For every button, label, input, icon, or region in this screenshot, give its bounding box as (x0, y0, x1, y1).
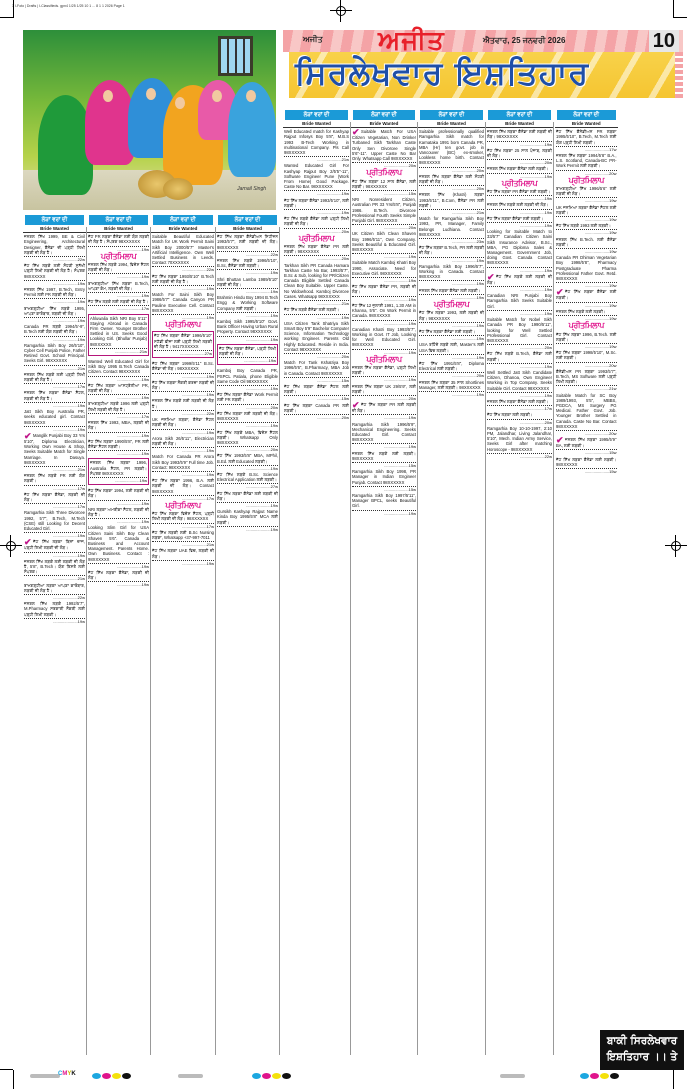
ad-text: ਜਨਰਲ ਸਿੱਖ ਲੜਕੇ ਲਈ ਪੜ੍ਹੀ ਲਿਖੀ ਲੜਕੀ ਦੀ ਲੋੜ… (24, 372, 85, 382)
ad-code: ......................22w (487, 453, 552, 459)
ad-text: ਜਨਰਲ ਸਿੱਖ ਲੜਕੇ PR ਲਈ ਯੋਗ ਲੜਕੀ। (24, 473, 85, 483)
ad-text: Suitable Match Kamboj Khatri Boy 1990, A… (352, 260, 416, 275)
classified-ad: Brahmin Hindu Boy 1994 B.Tech Engg & Wor… (216, 294, 279, 318)
ad-text: UK ਜਨਮਿਆ ਲੜਕਾ, ਕੈਨੇਡਾ ਸੈਟਲ ਲੜਕੀ ਦੀ ਲੋੜ। (152, 417, 214, 427)
ad-text: ਜੱਟ ਸਿੱਖ ਲੜਕੇ ਕੈਨੇਡਾ ਲਈ ਪੜ੍ਹੀ ਲਿਖੀ ਲੜਕੀ … (284, 216, 349, 226)
classified-ad: ਜੱਟ ਸਿੱਖ ਲੜਕਾ 1998/5'10", M.Sc. ਲਈ ਲੜਕੀ।… (555, 349, 618, 368)
ad-text: ਜਨਰਲ ਸਿੱਖ 1997, B.Tech, Entry Permit ਲਈ … (24, 287, 85, 297)
classified-column: ਲੋੜਾਂ ਵਰਾਂ ਦੀBride WantedSuitable Beauti… (151, 215, 215, 1055)
classified-ad: ਜਨਰਲ ਸਿੱਖ ਲੜਕੇ ਲਈ ਲੜਕੀ ਦੀ ਲੋੜ।..........… (486, 201, 553, 214)
classified-ad: ਜੱਟ ਸਿੱਖ ਲੜਕੇ 1993 ਲਈ ਲੜਕੀ।.............… (555, 222, 618, 235)
crop-mark (673, 1070, 674, 1089)
classified-ad: ✔ਜਨਰਲ ਸਿੱਖ ਲੜਕਾ 1995/5'9" BA, ਲਈ ਲੜਕੀ।..… (555, 436, 618, 455)
classified-ad: ਜਨਰਲ ਸਿੱਖ ਲੜਕਾ ਕੈਨੇਡਾ ਲਈ ਲੜਕੀ ਦੀ ਲੋੜ। 98… (486, 128, 553, 147)
ad-code: ......................19w (152, 560, 214, 566)
classified-ad: ਜਨਰਲ ਸਿੱਖ (Khatri) ਲੜਕਾ 1993/5'11", B.Co… (418, 191, 485, 215)
classified-ad: ਜੱਟ ਸਿੱਖ ਲੜਕਾ ਕੈਨੇਡਾ PR, ਲੜਕੀ ਦੀ ਲੋੜ।...… (351, 283, 417, 302)
ad-text: ਜੱਟ ਸਿੱਖ ਲੜਕਾ UAE ਵਿਚ, ਲੜਕੀ ਦੀ ਲੋੜ। (152, 548, 214, 558)
classified-column: ਲੋੜਾਂ ਵਰਾਂ ਦੀBride Wantedਜੱਟ PR ਲੜਕਾ ਕੈਨ… (87, 215, 150, 1055)
classified-ad: ਜੱਟ ਸਿੱਖ ਲੜਕਾ 1994, ਲਈ ਲੜਕੀ ਦੀ ਲੋੜ।.....… (87, 487, 150, 506)
classified-ad: USA Citizen Tank Shatriya Sikh Smart Boy… (283, 320, 350, 359)
ad-text: Match for Ramgarhia Sikh Boy 1993, PR, M… (419, 216, 484, 237)
section-header: ਲੋੜਾਂ ਵਰਾਂ ਦੀ (25, 215, 84, 225)
ad-text: ਜਨਰਲ ਸਿੱਖ ਲੜਕੇ ਲਈ ਲੜਕੀ। (556, 309, 606, 314)
cyan-swatch (580, 1073, 589, 1079)
ad-text: Manglik Punjabi Boy 33 Yrs 5'10", Diplom… (24, 433, 85, 465)
ad-text: ਜੱਟ ਸਿੱਖ ਲੜਕਾ ਕੈਨੇਡੀਅਨ ਸਿਟੀਜ਼ਨ 1993/5'7"… (217, 234, 278, 249)
print-slug: 3 I-Foto | Drafts | I-Classifieds. gpn4 … (12, 4, 125, 8)
classified-ad: Suitable Match Kamboj Khatri Boy 1990, A… (351, 259, 417, 283)
classified-ad: ਜਨਰਲ ਸਿੱਖ ਲੜਕੇ ਲਈ ਲੜਕੀ।.................… (555, 308, 618, 321)
ad-text: ਜਨਰਲ ਸਿੱਖ ਲੜਕਾ ਕੈਨੇਡਾ ਲਈ ਲੜਕੀ। (487, 399, 549, 404)
classified-column: ਲੋੜਾਂ ਵਰਾਂ ਦੀBride Wantedਜੱਟ ਸਿੱਖ ਲੜਕਾ ਕ… (216, 215, 279, 1055)
classified-ad: ਜੱਟ ਸਿੱਖ ਲੜਕੇ MBA, ਵਿਦੇਸ਼ ਸੈਟਲ ਲੜਕੀ। Wha… (216, 429, 279, 453)
black-swatch (282, 1073, 291, 1079)
ad-text: Match For Saini Sikh Boy 1986/5'7" Canad… (152, 292, 214, 313)
classified-ad: ਜੱਟ ਸਿੱਖ ਲੜਕਾ ਕੈਨੇਡਾ 1996/5'10" ਸਟੱਡੀ ਵੀ… (152, 331, 214, 358)
ad-text: ਜੱਟ ਸਿੱਖ ਲੜਕਾ ਕੈਨੇਡਾ ਲਈ ਲੜਕੀ। 98XXXXXX (556, 457, 617, 467)
crop-mark (13, 0, 14, 18)
ad-text: Arora Sikh 26/5'11", Electrician ਲੜਕੀ ਦੀ… (152, 436, 214, 446)
ad-text: ਜੱਟ ਸਿੱਖ ਲੜਕੇ B.Sc. Science Electrical A… (217, 472, 278, 482)
classified-ad: ਜੱਟ ਸਿੱਖ ਲੜਕਾ 12 ਸਾਲ ਕੈਨੇਡਾ, ਲਈ ਲੜਕੀ। 98… (351, 178, 417, 197)
ad-text: ਜਨਰਲ ਸਿੱਖ ਲੜਕੇ ਲਈ ਲੜਕੀ ਦੀ ਲੋੜ। (487, 202, 549, 207)
ad-text: Canada PR Dhiman Vegetarian Boy 1998/5'8… (556, 255, 617, 281)
ad-text: Gursikh Kashyap Rajput Name Kinda Boy 19… (217, 509, 278, 524)
classified-ad: ਜਨਰਲ ਸਿੱਖ B.Tech. ਲਈ ਕੈਨੇਡਾ ਲੜਕੀ।.......… (555, 236, 618, 255)
classified-ad: Tarkhan Sikh PR Canada Hamara Tarkhan Ca… (283, 262, 350, 307)
ad-text: Ramgarhia Sikh 1996/5'9", Mechanical Eng… (352, 422, 416, 443)
window-illustration (218, 36, 253, 76)
ad-code: ......................19w (219, 357, 276, 363)
ad-text: ਜੱਟ ਸਿੱਖ ਲੜਕਾ ਕੈਨੇਡਾ 1996/5'10" ਸਟੱਡੀ ਵੀ… (154, 333, 212, 348)
section-header: ਲੋੜਾਂ ਵਰਾਂ ਦੀ (285, 110, 348, 120)
ad-text: Brahmin Hindu Boy 1994 B.Tech Engg & Wor… (217, 295, 278, 310)
ad-text: ਜੱਟ ਸਿੱਖ ਲੜਕਾ ਕੈਨੇਡਾ ਲਈ ਲੜਕੀ। (419, 329, 475, 334)
classified-ad: ਜਨਰਲ ਸਿੱਖ ਲੜਕੇ 1994, ਵਿਦੇਸ਼ ਸੈਟਲ ਲੜਕੀ ਦੀ… (87, 261, 150, 280)
ad-text: ਜੱਟ ਸਿੱਖ ਲੜਕਾ ਨੌਕਰੀ ਕਰਦਾ ਲੜਕੀ ਦੀ ਲੋੜ। (152, 380, 214, 390)
classified-ad: ਜੱਟ ਸਿੱਖ ਲੜਕਾ Canada PR ਲਈ ਲੜਕੀ।........… (283, 402, 350, 421)
classified-ad: Ahluwalia Sikh NRI Boy 5'11" Staying Abr… (88, 314, 149, 356)
column-rule (553, 122, 554, 1055)
classified-ad: USA ਰਹਿੰਦੇ ਲੜਕੇ ਲਈ, Master's ਲਈ USA ਵਿਚ … (418, 341, 485, 360)
classified-ad: Ramgarhia Sikh Boy 26/5'10", Cyber Cell … (23, 342, 86, 371)
classified-ad: ਜੱਟ ਸਿੱਖ ਲੜਕਾ ਵਿਦੇਸ਼ ਸੈਟਲ, ਪੜ੍ਹੀ ਲਿਖੀ ਲੜ… (151, 510, 215, 529)
classified-ad: ✔ਜੱਟ ਸਿੱਖ ਲੜਕੇ ਲਈ ਲੜਕੀ ਦੀ ਲੋੜ।..........… (486, 273, 553, 292)
ad-text: ਜਨਰਲ ਸਿੱਖ ਲੜਕੇ ਲਈ ਲੜਕੀ ਦੀ ਲੋੜ ਹੈ, 5'8", … (24, 559, 85, 574)
ad-text: ਜਨਰਲ ਸਿੱਖ ਲੜਕੇ 1992/5'7", M.Pharmacy ਸਰਕ… (24, 601, 85, 616)
ad-code: ......................15w (556, 468, 617, 474)
classified-ad: ਕੈਨੇਡੀਅਨ PR ਲੜਕਾ 1993/5'7", B.Tech, MS S… (555, 368, 618, 392)
edge-strip (675, 52, 683, 98)
classified-ad: Suitable professionally qualified Ramgar… (418, 128, 485, 173)
classified-ad: ਜਨਰਲ ਸਿੱਖ ਲੜਕੇ ਲਈ ਲੜਕੀ ਦੀ ਲੋੜ ਹੈ।.......… (151, 397, 215, 416)
ad-text: ਰਾਮਗੜ੍ਹੀਆ ਸਿੱਖ ਲੜਕੇ 1995, ਆਪਣਾ ਕਾਰੋਬਾਰ, … (24, 306, 85, 316)
section-header: ਲੋੜਾਂ ਵਰਾਂ ਦੀ (89, 215, 148, 225)
ad-text: ਰਾਮਗੜ੍ਹੀਆ ਲੜਕਾ ਆਪਣਾ ਕਾਰੋਬਾਰ, ਲੜਕੀ ਦੀ ਲੋੜ… (24, 583, 85, 593)
ad-text: ਜੱਟ ਸਿੱਖ ਲੜਕਾ 1996, B.Tech. ਲਈ ਲੜਕੀ। (556, 332, 617, 342)
classified-ad: ✔ਜੱਟ ਸਿੱਖ ਲੜਕਾ PR ਲਈ ਲੜਕੀ ਦੀ ਲੋੜ।.......… (351, 401, 417, 420)
ad-text: ਜੱਟ ਸਿੱਖ ਲੜਕਾ ਕੈਨੇਡਾ 1993/5'10", ਲਈ ਲੜਕੀ… (284, 198, 349, 208)
classified-ad: ਜੱਟ ਸਿੱਖ 1991/5'8", Diploma Electrical ਲ… (418, 360, 485, 379)
ad-text: ਜੱਟ ਸਿੱਖ ਲੜਕਾ Canada PR ਲਈ ਲੜਕੀ। (284, 403, 349, 413)
ad-text: ਜੱਟ ਸਿੱਖ 1991/5'8", Diploma Electrical ਲ… (419, 361, 484, 371)
classified-ad: Canada PR Dhiman Vegetarian Boy 1998/5'8… (555, 254, 618, 288)
ad-text: ਜਨਰਲ ਸਿੱਖ ਲੜਕਾ ਕੈਨੇਡਾ ਸੈਟਲ, ਲੜਕੀ ਦੀ ਲੋੜ … (24, 390, 85, 400)
ad-text: ਜੱਟ ਸਿੱਖ ਲੜਕਾ PR ਕੈਨੇਡਾ ਲਈ ਲੜਕੀ। (487, 189, 550, 194)
ad-text: ਜੱਟ ਸਿੱਖ ਲੜਕਾ ਲਈ ਲੜਕੀ ਦੀ ਲੋੜ। 98XXXXXX (217, 411, 278, 421)
color-swatches (580, 1073, 619, 1079)
classified-ad: ਜੱਟ ਸਿੱਖ 12 ਜੁਲਾਈ 1991, 1.30 AM in Khann… (351, 302, 417, 326)
section-header: ਲੋੜਾਂ ਵਰਾਂ ਦੀ (153, 215, 213, 225)
ad-text: UK Citizen Sikh Clean Shaven Boy 1996/5'… (352, 231, 416, 252)
matrimonial-logo: ਪ੍ਰੀਤਮਿਲਾਪ (151, 320, 215, 329)
ad-text: ਜੱਟ ਸਿੱਖ ਲੜਕਾ ਕੈਨੇਡਾ Work Permit ਲਈ PR ਲ… (217, 392, 278, 402)
ad-text: ਜਨਰਲ ਸਿੱਖ ਲੜਕਾ UK 29/5'9", ਲਈ ਲੜਕੀ। (352, 384, 416, 394)
ad-text: Ramgarhia Sikh Boy 1996/5'7", Working in… (419, 264, 484, 279)
section-subheader: Bride Wanted (351, 121, 417, 128)
ad-text: Well Educated match for Kashyap Rajput I… (284, 129, 349, 155)
classified-ad: NRI ਲੜਕਾ ਅਮਰੀਕਾ ਸੈਟਲ, ਲੜਕੀ ਦੀ ਲੋੜ ਹੈ।...… (87, 506, 150, 525)
ad-text: Jatt Sikh Boy Australia PR, seeks educat… (24, 409, 85, 424)
classified-ad: Shri Bhuttan Lamba 1989/5'10" ਲੜਕੀ ਦੀ ਲੋ… (216, 276, 279, 295)
ad-text: ਜਨਰਲ ਸਿੱਖ ਲੜਕਾ ਕੈਨੇਡਾ ਲਈ ਸੋਹਣੀ ਲੜਕੀ ਦੀ ਲ… (419, 174, 484, 184)
classified-ad: Match For Canada PR Arora Sikh Boy 1993/… (151, 453, 215, 477)
classified-ad: ਜਨਰਲ ਸਿੱਖ ਲੜਕੇ 1992/5'7", M.Pharmacy ਸਰਕ… (23, 600, 86, 624)
classified-ad: ਜੱਟ ਸਿੱਖ ਲੜਕਾ ਕੈਨੇਡਾ ਲਈ ਲੜਕੀ। 98XXXXXX..… (555, 456, 618, 475)
classified-ad: ਜੱਟ ਸਿੱਖ ਲੜਕੀ ਲਈ B.Sc Nursing ਲੜਕਾ, What… (151, 529, 215, 548)
classified-ad: ✔Manglik Punjabi Boy 33 Yrs 5'10", Diplo… (23, 432, 86, 472)
figure-lightblue (228, 82, 276, 177)
ad-text: ਜੱਟ ਸਿੱਖ ਲੜਕੀ ਲਈ B.Sc Nursing ਲੜਕਾ, What… (152, 530, 214, 540)
classified-ad: ਜੱਟ ਸਿੱਖ ਲੜਕੇ B.Tech, ਕੈਨੇਡਾ ਲਈ ਲੜਕੀ।...… (486, 350, 553, 369)
ad-text: ਜਨਰਲ ਸਿੱਖ ਲੜਕਾ ਕੈਨੇਡਾ ਲਈ ਲੜਕੀ ਦੀ ਲੋੜ। 98… (487, 129, 552, 139)
section-header: ਲੋੜਾਂ ਵਰਾਂ ਦੀ (557, 110, 616, 120)
classified-ad: ਜਨਰਲ ਸਿੱਖ ਲੜਕਾ ਕੈਨੇਡਾ PR ਲਈ ਲੜਕੀ। 98XXXX… (283, 243, 350, 262)
classified-ad: NRI Nonresident Citizen, Australian PR 3… (351, 196, 417, 230)
classified-ad: ਜਨਰਲ ਸਿੱਖ ਲੜਕਾ UK 29/5'9", ਲਈ ਲੜਕੀ।.....… (351, 383, 417, 402)
section-subheader: Bride Wanted (23, 226, 86, 233)
ad-text: ਜਨਰਲ ਸਿੱਖ 1993, MBA, ਲੜਕੀ ਦੀ ਲੋੜ। (88, 420, 149, 430)
matrimonial-logo: ਪ੍ਰੀਤਮਿਲਾਪ (418, 300, 485, 309)
page-title: ਸਿਰਲੇਖਵਾਰ ਇਸ਼ਤਿਹਾਰ (295, 54, 589, 93)
classified-ad: ਜੱਟ ਸਿੱਖ ਲੜਕੇ ਲਈ ਲੜਕੀ ਦੀ ਲੋੜ ਹੈ।........… (87, 298, 150, 311)
yellow-swatch (272, 1073, 281, 1079)
matrimonial-logo: ਪ੍ਰੀਤਮਿਲਾਪ (555, 176, 618, 185)
ad-text: ਜੱਟ ਸਿੱਖ ਲੜਕਾ 1998/5'10", M.Sc. ਲਈ ਲੜਕੀ। (556, 350, 617, 360)
classified-ad: ਜਨਰਲ ਸਿੱਖ ਲੜਕੇ 1996/5'10", B.Sc, ਕੈਨੇਡਾ … (216, 257, 279, 276)
matrimonial-logo: ਪ੍ਰੀਤਮਿਲਾਪ (351, 355, 417, 364)
classified-ad: ਜੱਟ ਸਿੱਖ ਲੜਕਾ 1999/5'11" B.Sc. ਕੈਨੇਡਾ ਦੀ… (151, 360, 215, 379)
classified-ad: Kamboj Boy Canada PR, PSPCL Patiala, pho… (216, 367, 279, 391)
ad-text: ਜੱਟ ਸਿੱਖ ਲੜਕਾ ਕੈਨੇਡਾ PR, ਲੜਕੀ ਦੀ ਲੋੜ। (352, 284, 416, 294)
ad-text: ਜੱਟ ਸਿੱਖ ਲੜਕੇ ਲਈ ਸੋਹਣੀ ਸੁਨੱਖੀ ਪੜ੍ਹੀ ਲਿਖੀ… (24, 263, 85, 278)
ad-text: Suitable Match for SC Boy 1989/1993, 5'5… (556, 393, 617, 429)
classified-ad: Ramgarhia Boy 10-10-1997, 2:10 PM, Jalan… (486, 425, 553, 459)
ad-text: ਜੱਟ ਸਿੱਖ ਲੜਕਾ ਕੈਨੇਡਾ ਲਈ ਲੜਕੀ। (487, 216, 543, 221)
continued-line-2: ਇਸ਼ਤਿਹਾਰ ।। ਤੇ (600, 1049, 684, 1065)
column-rule (279, 227, 280, 1055)
matrimonial-logo: ਪ੍ਰੀਤਮਿਲਾਪ (351, 168, 417, 177)
feature-painting: Jarnail Singh (23, 30, 276, 210)
classified-ad: Canadian Khatri Boy 1993/5'7", Working i… (351, 326, 417, 355)
ad-text: ਜੱਟ ਸਿੱਖ ਲੜਕਾ B.Tech, PR ਲਈ ਲੜਕੀ ਦੀ ਲੋੜ। (419, 245, 484, 255)
classified-ad: Well Educated match for Kashyap Rajput I… (283, 128, 350, 162)
classified-ad: ✔Suitable Match For USA Citizen Vegetari… (351, 128, 417, 168)
ad-text: Well Settled Jatt Sikh Candidate Citizen… (487, 370, 552, 391)
ad-text: ਜੱਟ ਸਿੱਖ ਲੜਕਾ ਕੈਨੇਡਾ, ਪੜ੍ਹੀ ਲਿਖੀ ਲੜਕੀ ਦੀ… (219, 346, 276, 356)
ad-text: ਰਾਮਗੜ੍ਹੀਆ ਸਿੱਖ ਲੜਕਾ B.Tech, ਆਪਣਾ ਕੰਮ, ਲੜ… (88, 281, 149, 291)
ad-text: Canadian Khatri Boy 1993/5'7", Working i… (352, 327, 416, 348)
ad-code: ......................19w (352, 510, 416, 516)
classified-ad: UK ਜਨਮਿਆ ਲੜਕਾ ਕੈਨੇਡਾ ਸੈਟਲ ਲਈ ਲੜਕੀ।......… (555, 204, 618, 223)
section-header: ਲੋੜਾਂ ਵਰਾਂ ਦੀ (218, 215, 277, 225)
classified-ad: Gursikh Kashyap Rajput Name Kinda Boy 19… (216, 508, 279, 532)
grey-bar (500, 1074, 525, 1078)
classified-ad: ਰਾਮਗੜ੍ਹੀਆ ਸਿੱਖ 1996/5'6" ਲਈ ਲੜਕੀ ਦੀ ਲੋੜ।… (555, 185, 618, 204)
color-swatches (252, 1073, 291, 1079)
classified-ad: ਜਨਰਲ ਸਿੱਖ ਲੜਕਾ ਕੈਨੇਡਾ ਲਈ ਲੜਕੀ।..........… (486, 398, 553, 411)
ad-text: ਜੱਟ ਸਿੱਖ ਲੜਕੇ B.Tech, ਕੈਨੇਡਾ ਲਈ ਲੜਕੀ। (487, 351, 552, 361)
ad-code: ......................19w (217, 526, 278, 532)
painter-signature: Jarnail Singh (237, 186, 266, 192)
classified-ad: ਜੱਟ ਸਿੱਖ ਲੜਕਾ 25 ਸਾਲ ਪੰਜਾਬ, ਲੜਕੀ ਦੀ ਲੋੜ।… (486, 147, 553, 166)
crop-mark (674, 17, 687, 18)
ad-text: ਜੱਟ ਸਿੱਖ ਲੜਕਾ ਲਈ ਲੜਕੀ। (487, 412, 533, 417)
ad-text: ਜੱਟ ਸਿੱਖ ਲੜਕੇ ਲਈ ਲੜਕੀ ਦੀ ਲੋੜ ਹੈ। (88, 299, 148, 304)
continued-line-1: ਬਾਕੀ ਸਿਰਲੇਖਵਾਰ (600, 1033, 684, 1049)
classified-ad: ਜਨਰਲ ਸਿੱਖ ਲੜਕੇ PR ਲਈ ਯੋਗ ਲੜਕੀ।..........… (23, 472, 86, 491)
classified-ad: ਜੱਟ ਸਿੱਖ ਲੜਕਾ 1993/5'10" B.Tech ਲਈ ਲੜਕੀ … (151, 273, 215, 292)
ad-text: ਜੱਟ ਸਿੱਖ ਲੜਕਾ ਕੈਨੇਡਾ ਸੈਟਲ ਲਈ ਲੜਕੀ। (284, 384, 349, 394)
classified-ad: Suitable Beautiful Educated Match for UK… (151, 233, 215, 272)
magenta-swatch (262, 1073, 271, 1079)
classified-ad: ਜੱਟ ਸਿੱਖ ਲੜਕਾ ਕੈਨੇਡਾ ਲਈ ਲੜਕੀ।...........… (486, 215, 553, 228)
title-band: ਸਿਰਲੇਖਵਾਰ ਇਸ਼ਤਿਹਾਰ (289, 52, 675, 98)
classified-ad: ਰਾਮਗੜ੍ਹੀਆ ਸਿੱਖ ਲੜਕੇ 1995, ਆਪਣਾ ਕਾਰੋਬਾਰ, … (23, 305, 86, 324)
ad-text: Ramgarhia Sikh Three Divorcee 1992, 5'7"… (24, 510, 85, 531)
classified-ad: ਜਨਰਲ ਸਿੱਖ ਲੜਕੇ ਲਈ ਲੜਕੀ। 98XXXXXX........… (351, 450, 417, 469)
classified-column: ਲੋੜਾਂ ਵਰਾਂ ਦੀBride Wantedਜੱਟ ਸਿੱਖ ਕੈਨੇਡੀ… (555, 110, 683, 1025)
classified-ad: Looking Slim Girl for USA Citizen Saini … (87, 524, 150, 569)
ad-text: USA Citizen Tank Shatriya Sikh Smart Boy… (284, 321, 349, 352)
classified-column: ਲੋੜਾਂ ਵਰਾਂ ਦੀBride Wantedਜਨਰਲ ਸਿੱਖ 1999,… (23, 215, 86, 1055)
classified-ad: ਜੱਟ ਸਿੱਖ ਲੜਕੇ ਲਈ ਸੋਹਣੀ ਸੁਨੱਖੀ ਪੜ੍ਹੀ ਲਿਖੀ… (23, 262, 86, 286)
classified-ad: ਜਨਰਲ ਸਿੱਖ ਲੜਕਾ ਕੈਨੇਡਾ ਲਈ ਸੋਹਣੀ ਲੜਕੀ ਦੀ ਲ… (418, 173, 485, 192)
ad-text: ਜੱਟ ਸਿੱਖ ਲੜਕਾ ਕੈਨੇਡਾ, ਲੜਕੀ ਦੀ ਲੋੜ। (88, 570, 149, 580)
magenta-swatch (102, 1073, 111, 1079)
classified-ad: ਜੱਟ ਸਿੱਖ ਲੜਕੇ B.Sc. Science Electrical A… (216, 471, 279, 490)
crop-mark (0, 17, 13, 18)
section-header: ਲੋੜਾਂ ਵਰਾਂ ਦੀ (488, 110, 551, 120)
cyan-swatch (252, 1073, 261, 1079)
classified-ad: ਜੱਟ PR ਲੜਕਾ ਕੈਨੇਡਾ ਲਈ ਯੋਗ ਲੜਕੀ ਦੀ ਲੋੜ ਹੈ… (87, 233, 150, 252)
section-subheader: Bride Wanted (151, 226, 215, 233)
ad-text: ਜੱਟ ਸਿੱਖ ਲੜਕੇ 1993 ਲਈ ਲੜਕੀ। (556, 223, 611, 228)
ad-text: ਜਨਰਲ ਸਿੱਖ ਲੜਕਾ ਕੈਨੇਡਾ ਲਈ ਲੜਕੀ। (419, 288, 481, 293)
crop-mark (673, 0, 674, 18)
ad-text: Match For Canada PR Arora Sikh Boy 1993/… (152, 454, 214, 469)
ad-text: Looking for Suitable Match to 33/5'7" Ca… (487, 229, 552, 265)
classified-ad: ਰਾਮਗੜ੍ਹੀਆ ਲੜਕਾ ਆਪਣਾ ਕਾਰੋਬਾਰ, ਲੜਕੀ ਦੀ ਲੋੜ… (23, 582, 86, 601)
classified-ad: ਜੱਟ ਸਿੱਖ ਲੜਕੇ ਕੈਨੇਡਾ ਲਈ ਪੜ੍ਹੀ ਲਿਖੀ ਲੜਕੀ … (283, 215, 350, 234)
classified-ad: Suitable Match for SC Boy 1989/1993, 5'5… (555, 392, 618, 437)
classified-ad: ਜੱਟ ਸਿੱਖ ਲੜਕਾ ਕੈਨੇਡਾ, ਲੜਕੀ ਦੀ ਲੋੜ।......… (87, 569, 150, 588)
ad-text: ਜਨਰਲ ਸਿੱਖ ਲੜਕਾ ਕੈਨੇਡਾ PR ਲਈ ਲੜਕੀ। 98XXXX… (284, 244, 349, 254)
classified-ad: ਜਨਰਲ ਸਿੱਖ 1999, BE & Civil Engineering, … (23, 233, 86, 262)
ad-text: Ahluwalia Sikh NRI Boy 5'11" Staying Abr… (90, 316, 147, 347)
classified-ad: ਜੱਟ ਸਿੱਖ ਕੈਨੇਡੀਅਨ PR ਲੜਕਾ 1995/5'10", B.… (555, 128, 618, 152)
classified-ad: ਜਨਰਲ ਸਿੱਖ 1993, MBA, ਲੜਕੀ ਦੀ ਲੋੜ।.......… (87, 419, 150, 438)
ad-text: ਜਨਰਲ ਸਿੱਖ ਲੜਕਾ 1995/5'9" BA, ਲਈ ਲੜਕੀ। (556, 437, 617, 448)
ad-code: ......................17w (88, 305, 149, 311)
ad-text: Looking Slim Girl for USA Citizen Saini … (88, 525, 149, 561)
section-header: ਲੋੜਾਂ ਵਰਾਂ ਦੀ (353, 110, 415, 120)
ad-text: ਜੱਟ ਸਿੱਖ ਲੜਕਾ ਕੈਨੇਡਾ, ਲੜਕੀ ਦੀ ਲੋੜ। (24, 492, 85, 502)
ad-text: NRI Nonresident Citizen, Australian PR 3… (352, 197, 416, 223)
ad-text: Match For Tank Kshatriya Boy 1996/5'6", … (284, 360, 349, 375)
classified-ad: UK ਜਨਮਿਆ ਲੜਕਾ, ਕੈਨੇਡਾ ਸੈਟਲ ਲੜਕੀ ਦੀ ਲੋੜ।.… (151, 416, 215, 435)
masthead: ਅਜੀਤ ਅਜੀਤ ਐਤਵਾਰ, 25 ਜਨਵਰੀ 2026 10 ਸਿਰਲੇਖ… (283, 28, 683, 102)
grey-bar (30, 1074, 60, 1078)
classified-ad: Arora Sikh 26/5'11", Electrician ਲੜਕੀ ਦੀ… (151, 435, 215, 454)
classified-ad: ਜਨਰਲ ਸਿੱਖ ਲੜਕਾ ਕੈਨੇਡਾ ਸੈਟਲ, ਲੜਕੀ ਦੀ ਲੋੜ … (23, 389, 86, 408)
ad-text: ਜੱਟ ਸਿੱਖ 12 ਜੁਲਾਈ 1991, 1.30 AM in Khann… (352, 303, 416, 318)
classified-ad: ਜਨਰਲ ਸਿੱਖ ਲੜਕਾ 1996, Australia ਸੈਟਲ, PR … (88, 458, 149, 485)
ad-text: Ramgarhia Sikh Boy 1997/5'11", Manager B… (352, 493, 416, 508)
classified-ad: ✔ਜੱਟ ਸਿੱਖ ਲੜਕਾ ਬਿਨਾਂ ਦਾਜ, ਪੜ੍ਹੀ ਲਿਖੀ ਲੜਕ… (23, 538, 86, 557)
ad-text: Kamboj Boy Canada PR, PSPCL Patiala, pho… (217, 368, 278, 383)
ad-text: Shri Bhuttan Lamba 1989/5'10" ਲੜਕੀ ਦੀ ਲੋ… (217, 277, 278, 287)
classified-ad: Wanted Educated Girl For Kashyap Rajput … (283, 162, 350, 196)
ad-text: ਜੱਟ PR ਲੜਕਾ ਕੈਨੇਡਾ ਲਈ ਯੋਗ ਲੜਕੀ ਦੀ ਲੋੜ ਹੈ… (88, 234, 149, 244)
section-subheader: Bride Wanted (87, 226, 150, 233)
classified-ad: ਜੱਟ ਸਿੱਖ ਲੜਕਾ ਲਈ ਲੜਕੀ।..................… (486, 411, 553, 424)
section-header: ਲੋੜਾਂ ਵਰਾਂ ਦੀ (420, 110, 483, 120)
classified-ad: Ramgarhia Sikh 1996/5'9", Mechanical Eng… (351, 421, 417, 450)
basket (163, 178, 193, 200)
classified-ad: ਜਨਰਲ ਸਿੱਖ ਲੜਕਾ ਕੈਨੇਡਾ ਲਈ ਲੜਕੀ।..........… (418, 287, 485, 300)
classified-ad: ਜਨਰਲ ਸਿੱਖ 1997, B.Tech, Entry Permit ਲਈ … (23, 286, 86, 305)
ad-text: ਜੱਟ ਸਿੱਖ ਲੜਕਾ 1999/5'11" B.Sc. ਕੈਨੇਡਾ ਦੀ… (152, 361, 214, 371)
ad-text: ਜੱਟ ਸਿੱਖ ਲੜਕਾ 12 ਸਾਲ ਕੈਨੇਡਾ, ਲਈ ਲੜਕੀ। 98… (352, 179, 416, 189)
classified-ad: Ramgarhia Sikh Three Divorcee 1992, 5'7"… (23, 509, 86, 538)
ad-text: ਕੈਨੇਡੀਅਨ PR ਲੜਕਾ 1993/5'7", B.Tech, MS S… (556, 369, 617, 384)
ad-text: Tarkhan Sikh PR Canada Hamara Tarkhan Ca… (284, 263, 349, 299)
ad-text: ਜੱਟ ਸਿੱਖ ਲੜਕਾ ਆਸਟ੍ਰੇਲੀਆ PR, ਲੜਕੀ ਦੀ ਲੋੜ। (88, 383, 149, 393)
ad-text: ਜਨਰਲ ਸਿੱਖ ਲੜਕਾ ਕੈਨੇਡਾ ਲਈ ਲੜਕੀ। (487, 166, 549, 171)
ad-text: USA ਰਹਿੰਦੇ ਲੜਕੇ ਲਈ, Master's ਲਈ USA ਵਿਚ … (419, 342, 484, 352)
classified-ad: Jatt Sikh Boy Australia PR, seeks educat… (23, 408, 86, 432)
ad-text: ਜੱਟ ਸਿੱਖ ਲੜਕਾ 1994, ਲਈ ਲੜਕੀ ਦੀ ਲੋੜ। (88, 488, 149, 498)
ad-text: ਜੱਟ ਸਿੱਖ ਲੜਕਾ 1996, B.A. ਲਈ ਲੜਕੀ ਦੀ ਲੋੜ।… (152, 478, 214, 493)
classified-ad: Suitable Match for Nobel Sikh Canada PR … (486, 316, 553, 350)
magenta-swatch (590, 1073, 599, 1079)
classified-ad: ਜਨਰਲ ਸਿੱਖ ਲੜਕਾ 35 ਸਾਲ Shortlines Manager… (418, 379, 485, 398)
ad-text: Suitable professionally qualified Ramgar… (419, 129, 484, 165)
ad-text: Suitable Match for Nobel Sikh Canada PR … (487, 317, 552, 343)
ad-text: ਜੱਟ ਸਿੱਖ ਲੜਕਾ ਕੈਨੇਡਾ ਲਈ ਲੜਕੀ ਦੀ ਲੋੜ। (217, 491, 278, 501)
ad-text: ਜਨਰਲ ਸਿੱਖ B.Tech. ਲਈ ਕੈਨੇਡਾ ਲੜਕੀ। (556, 237, 617, 247)
matrimonial-logo: ਪ੍ਰੀਤਮਿਲਾਪ (486, 179, 553, 188)
ad-text: ਜੱਟ ਸਿੱਖ ਲੜਕਾ 1990/5'8", PR ਲਈ ਕੈਨੇਡਾ ਸੈ… (88, 439, 149, 449)
registration-mark-icon (330, 0, 352, 22)
classified-ad: ਜਨਰਲ ਸਿੱਖ ਲੜਕਾ 1994/5'8" B.A., L.S. Scot… (555, 152, 618, 176)
ad-text: NRI ਲੜਕਾ ਅਮਰੀਕਾ ਸੈਟਲ, ਲੜਕੀ ਦੀ ਲੋੜ ਹੈ। (88, 507, 149, 517)
ad-text: Wanted Well Educated Girl for Sikh Boy 1… (88, 359, 149, 374)
color-swatches (92, 1073, 131, 1079)
classified-ad: Ramgarhia Sikh Boy 1998, PR Manager in I… (351, 468, 417, 492)
ad-text: ਜਨਰਲ ਸਿੱਖ 1999, BE & Civil Engineering, … (24, 234, 85, 255)
classified-ad: ਜੱਟ ਸਿੱਖ ਲੜਕਾ ਆਸਟ੍ਰੇਲੀਆ PR, ਲੜਕੀ ਦੀ ਲੋੜ।… (87, 382, 150, 401)
ad-text: UK ਜਨਮਿਆ ਲੜਕਾ ਕੈਨੇਡਾ ਸੈਟਲ ਲਈ ਲੜਕੀ। (556, 205, 617, 215)
classified-ad: ਜੱਟ ਸਿੱਖ ਲੜਕਾ 1996, B.Tech. ਲਈ ਲੜਕੀ।....… (555, 331, 618, 350)
ad-code: ......................19w (88, 450, 149, 456)
ad-text: ਜੱਟ ਸਿੱਖ ਲੜਕਾ ਵਿਦੇਸ਼ ਸੈਟਲ, ਪੜ੍ਹੀ ਲਿਖੀ ਲੜ… (152, 511, 214, 521)
registration-mark-icon (0, 535, 22, 557)
classified-ad: ਜਨਰਲ ਸਿੱਖ ਲੜਕੇ ਲਈ ਪੜ੍ਹੀ ਲਿਖੀ ਲੜਕੀ ਦੀ ਲੋੜ… (23, 371, 86, 390)
classified-ad: Wanted Well Educated Girl for Sikh Boy 1… (87, 358, 150, 382)
ad-text: ਜੱਟ ਸਿੱਖ ਲੜਕੇ MBA, ਵਿਦੇਸ਼ ਸੈਟਲ ਲੜਕੀ। Wha… (217, 430, 278, 445)
ad-code: ......................19w (419, 391, 484, 397)
classified-ad: ਜਨਰਲ ਸਿੱਖ ਲੜਕੇ ਲਈ ਲੜਕੀ ਦੀ ਲੋੜ ਹੈ, 5'8", … (23, 558, 86, 582)
matrimonial-logo: ਪ੍ਰੀਤਮਿਲਾਪ (283, 234, 350, 243)
classified-ad: ✔ਜੱਟ ਸਿੱਖ ਲੜਕਾ ਕੈਨੇਡਾ ਲਈ ਲੜਕੀ।..........… (555, 288, 618, 307)
classified-ad: ਜੱਟ ਸਿੱਖ ਲੜਕਾ ਕੈਨੇਡਾ, ਲੜਕੀ ਦੀ ਲੋੜ।......… (23, 491, 86, 510)
classified-ad: ਜੱਟ ਸਿੱਖ ਲੜਕਾ 1993, ਲਈ ਲੜਕੀ ਦੀ ਲੋੜ। 98XX… (418, 309, 485, 328)
classified-ad: Well Settled Jatt Sikh Candidate Citizen… (486, 369, 553, 398)
crop-mark (13, 1070, 14, 1089)
ad-text: ਜੱਟ ਸਿੱਖ 1993/5'8" MBA, MPhil, B.Ed. ਲਈ … (217, 453, 278, 463)
continued-classifieds-box: ਬਾਕੀ ਸਿਰਲੇਖਵਾਰ ਇਸ਼ਤਿਹਾਰ ।। ਤੇ (600, 1030, 684, 1070)
ad-text: Ramgarhia Boy 10-10-1997, 2:10 PM, Jalan… (487, 426, 552, 452)
matrimonial-logo: ਪ੍ਰੀਤਮਿਲਾਪ (87, 252, 150, 261)
ad-text: ਰਾਮਗੜ੍ਹੀਆ ਲੜਕੇ 1996 ਲਈ ਪੜ੍ਹੀ ਲਿਖੀ ਲੜਕੀ ਦ… (88, 401, 149, 411)
classified-ad: ਜੱਟ ਸਿੱਖ ਲੜਕਾ B.Tech, PR ਲਈ ਲੜਕੀ ਦੀ ਲੋੜ।… (418, 244, 485, 263)
classified-column: ਲੋੜਾਂ ਵਰਾਂ ਦੀBride Wantedਜਨਰਲ ਸਿੱਖ ਲੜਕਾ … (486, 110, 553, 1055)
ad-text: ਜਨਰਲ ਸਿੱਖ ਲੜਕਾ 1994/5'8" B.A., L.S. Scot… (556, 153, 617, 168)
classified-ad: Match For Tank Kshatriya Boy 1996/5'6", … (283, 359, 350, 383)
grey-bar (178, 1074, 203, 1078)
classified-column: ਲੋੜਾਂ ਵਰਾਂ ਦੀBride WantedSuitable profes… (418, 110, 485, 1055)
classified-ad: Match for Ramgarhia Sikh Boy 1993, PR, M… (418, 215, 485, 244)
classified-ad: ਜੱਟ ਸਿੱਖ ਲੜਕਾ 1990/5'8", PR ਲਈ ਕੈਨੇਡਾ ਸੈ… (87, 438, 150, 457)
classified-ad: ਜੱਟ ਸਿੱਖ ਲੜਕਾ ਕੈਨੇਡਾ 1993/5'10", ਲਈ ਲੜਕੀ… (283, 197, 350, 216)
classified-ad: ਰਾਮਗੜ੍ਹੀਆ ਸਿੱਖ ਲੜਕਾ B.Tech, ਆਪਣਾ ਕੰਮ, ਲੜ… (87, 280, 150, 299)
classified-ad: Match For Saini Sikh Boy 1986/5'7" Canad… (151, 291, 215, 320)
yellow-swatch (600, 1073, 609, 1079)
ad-code: ......................19w (217, 336, 278, 342)
classified-ad: Looking for Suitable Match to 33/5'7" Ca… (486, 228, 553, 273)
ad-text: Kamboj Sikh 1995/5'10" Govt. Bank Office… (217, 319, 278, 334)
ad-text: Ramgarhia Sikh Boy 26/5'10", Cyber Cell … (24, 343, 85, 364)
ad-text: Canadian NRI Punjabi Boy Ramgarhia Sikh … (487, 293, 552, 308)
classified-ad: Ramgarhia Sikh Boy 1996/5'7", Working in… (418, 263, 485, 287)
matrimonial-logo: ਪ੍ਰੀਤਮਿਲਾਪ (555, 321, 618, 330)
ad-code: ......................19w (88, 581, 149, 587)
section-subheader: Bride Wanted (555, 121, 618, 128)
classified-ad: ਜੱਟ ਸਿੱਖ ਲੜਕਾ ਕੈਨੇਡਾ Work Permit ਲਈ PR ਲ… (216, 391, 279, 410)
ad-text: ਜਨਰਲ ਸਿੱਖ ਲੜਕਾ 35 ਸਾਲ Shortlines Manager… (419, 380, 484, 390)
classified-ad: Kamboj Sikh 1995/5'10" Govt. Bank Office… (216, 318, 279, 342)
ad-text: ਜਨਰਲ ਸਿੱਖ (Khatri) ਲੜਕਾ 1993/5'11", B.Co… (419, 192, 484, 207)
section-subheader: Bride Wanted (418, 121, 485, 128)
ad-code: ......................20w (284, 414, 349, 420)
ad-text: ਜਨਰਲ ਸਿੱਖ ਲੜਕਾ 1996, Australia ਸੈਟਲ, PR … (90, 460, 147, 475)
classified-ad: Ramgarhia Sikh Boy 1997/5'11", Manager B… (351, 492, 417, 516)
classified-ad: ਜੱਟ ਸਿੱਖ ਲੜਕਾ ਕੈਨੇਡਾ ਲਈ ਲੜਕੀ।...........… (418, 328, 485, 341)
ad-text: ਰਾਮਗੜ੍ਹੀਆ ਸਿੱਖ 1996/5'6" ਲਈ ਲੜਕੀ ਦੀ ਲੋੜ। (556, 186, 617, 196)
